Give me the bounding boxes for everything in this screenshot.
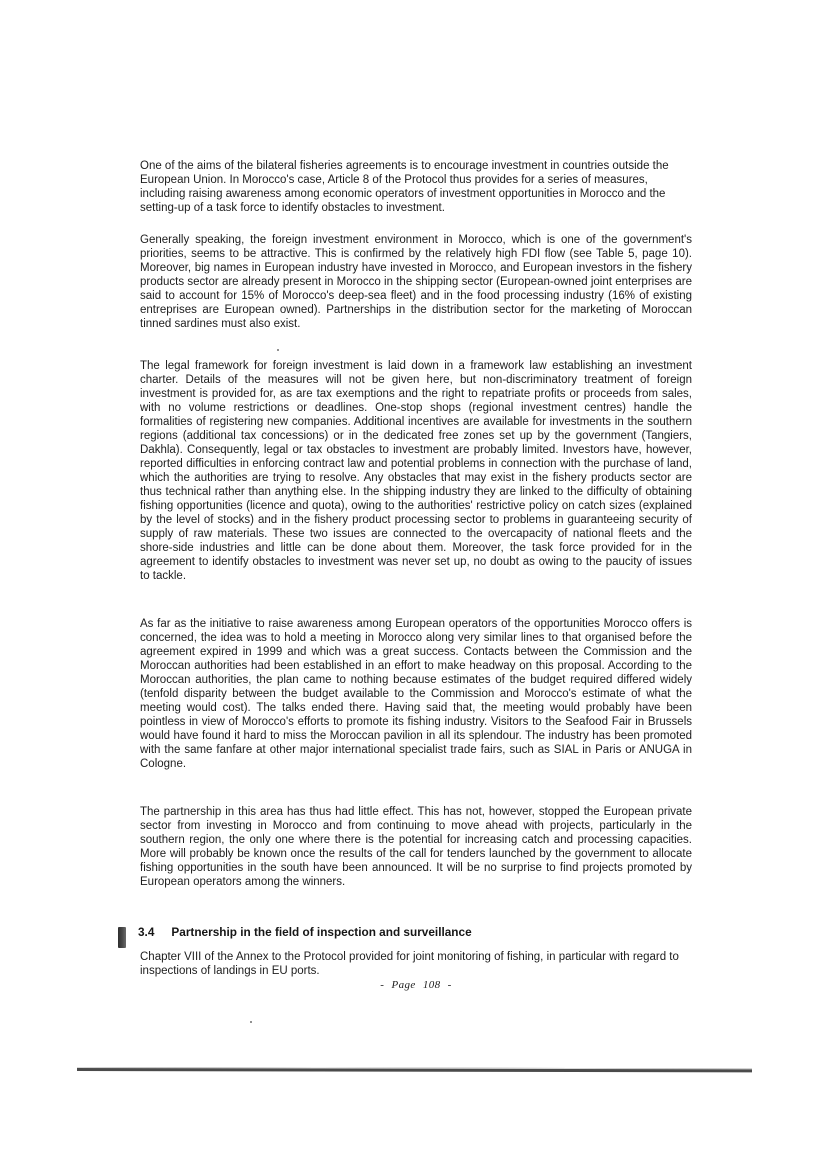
section-title: Partnership in the field of inspection a… — [171, 925, 471, 939]
section-heading: 3.4Partnership in the field of inspectio… — [138, 925, 698, 939]
paragraph-chapter-viii: Chapter VIII of the Annex to the Protoco… — [140, 950, 692, 978]
paragraph-partnership-effect: The partnership in this area has thus ha… — [140, 805, 692, 889]
section-number: 3.4 — [138, 925, 154, 939]
scan-artifact-bar — [118, 927, 126, 948]
document-page: One of the aims of the bilateral fisheri… — [0, 0, 826, 1169]
page-bottom-rule — [77, 1067, 752, 1072]
page-number-footer: - Page 108 - — [140, 979, 692, 991]
paragraph-legal-framework: The legal framework for foreign investme… — [140, 359, 692, 583]
paragraph-awareness-initiative: As far as the initiative to raise awaren… — [140, 617, 692, 771]
paragraph-investment-aims: One of the aims of the bilateral fisheri… — [140, 159, 692, 215]
paragraph-investment-environment: Generally speaking, the foreign investme… — [140, 233, 692, 331]
scan-speck — [277, 349, 279, 351]
scan-speck — [250, 1021, 252, 1023]
